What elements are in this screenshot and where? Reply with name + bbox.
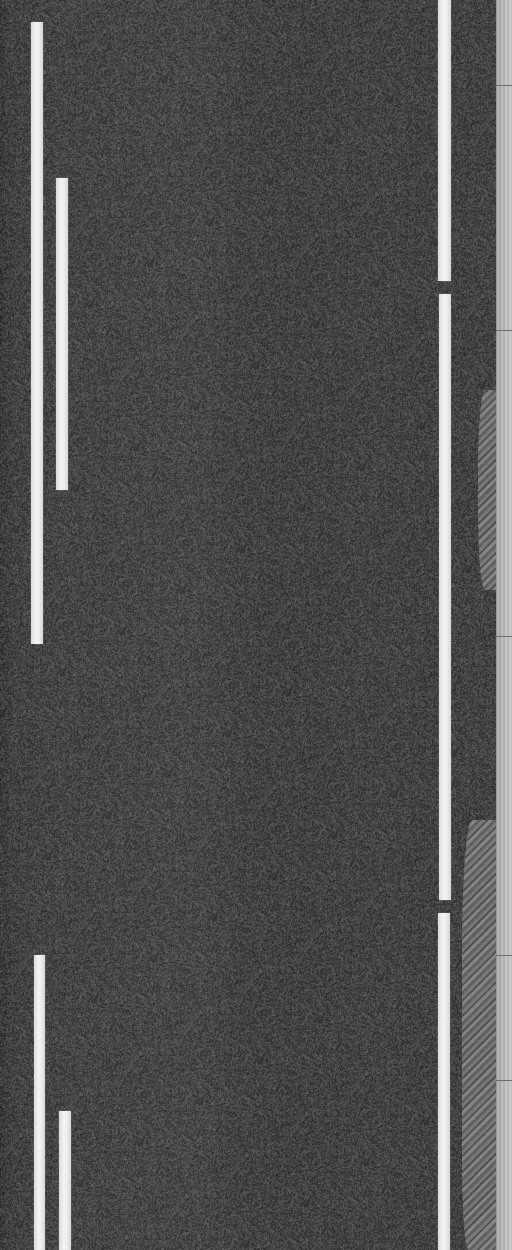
curb bbox=[496, 0, 512, 1250]
gravel-patch bbox=[462, 820, 496, 1250]
lane-dash-outer bbox=[31, 22, 43, 644]
curb-seam bbox=[496, 85, 512, 86]
edge-line-segment bbox=[439, 294, 451, 900]
lane-dash-inner bbox=[59, 1111, 71, 1250]
asphalt-texture bbox=[0, 0, 512, 1250]
edge-line-segment bbox=[438, 0, 451, 281]
curb-seam bbox=[496, 330, 512, 331]
lane-dash-inner bbox=[56, 178, 68, 490]
lane-dash-outer bbox=[34, 955, 45, 1250]
gravel-shoulder bbox=[452, 0, 496, 1250]
road-scene bbox=[0, 0, 512, 1250]
edge-line-segment bbox=[438, 913, 450, 1250]
curb-seam bbox=[496, 1080, 512, 1081]
curb-seam bbox=[496, 636, 512, 637]
curb-seam bbox=[496, 955, 512, 956]
gravel-patch bbox=[478, 390, 496, 590]
